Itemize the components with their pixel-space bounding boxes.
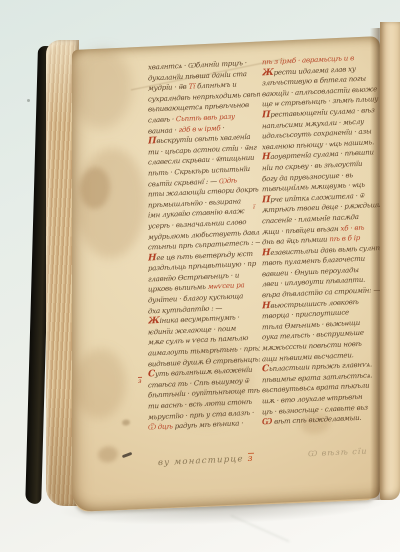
manuscript-left-column: хвалнтсѧ · Ѡблннїи трцѣ ·дукаланїи пѣвша… — [148, 57, 260, 433]
stain — [72, 47, 132, 130]
background-speck — [27, 99, 30, 102]
adjacent-page-edge — [380, 22, 400, 500]
annotation-text: ву монастирце — [158, 454, 248, 468]
stain — [98, 446, 118, 463]
margin-rubric-mark: з — [138, 377, 142, 385]
bottom-margin-annotation-2: Ѡ вѣзѣ сїи — [308, 447, 368, 459]
stain — [74, 348, 126, 420]
photo-of-open-manuscript-book: хвалнтсѧ · Ѡблннїи трцѣ ·дукаланїи пѣвша… — [0, 0, 400, 552]
bottom-margin-annotation: ву монастирце з — [158, 454, 254, 468]
manuscript-page: хвалнтсѧ · Ѡблннїи трцѣ ·дукаланїи пѣвша… — [72, 36, 380, 512]
annotation-numeral: з — [248, 453, 254, 464]
stain — [122, 419, 130, 425]
ink-smudge — [122, 452, 132, 458]
gutter-rubric-mark: ї — [253, 204, 255, 211]
manuscript-right-column: пѣ з ірмб · аврамьсцѣ и вЖрести идалема … — [262, 52, 386, 428]
